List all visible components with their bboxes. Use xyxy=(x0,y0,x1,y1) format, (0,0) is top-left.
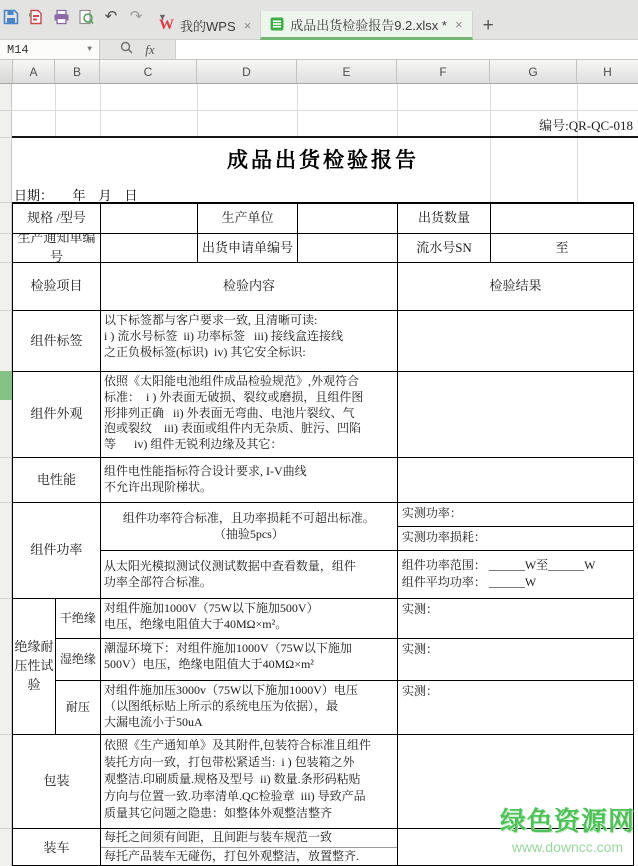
gridline xyxy=(0,457,12,458)
wps-spreadsheet-window: ↶ ↷ ▼ W 我的WPS × 成品出货检验报告9.2.xlsx * × + xyxy=(0,0,638,866)
gridline xyxy=(0,502,12,503)
formula-input[interactable] xyxy=(176,40,638,59)
gridline xyxy=(0,137,12,138)
tab-label: 成品出货检验报告9.2.xlsx * xyxy=(290,15,447,34)
save-icon xyxy=(3,9,19,25)
cell-power-range-result[interactable]: 组件功率范围： ______W至______W 组件平均功率： ______W xyxy=(398,551,633,598)
cell-loading-line1[interactable]: 每托之间须有间距，且间距与装车规范一致 xyxy=(101,829,397,848)
table-header-row: 检验项目 检验内容 检验结果 xyxy=(13,263,633,311)
gridline xyxy=(0,598,12,599)
cell-power-item[interactable]: 组件功率 xyxy=(13,503,101,598)
print-icon xyxy=(53,9,70,25)
cell-withstand-voltage-label[interactable]: 耐压 xyxy=(56,681,101,734)
cell-dry-insulation-result[interactable]: 实测： xyxy=(398,599,633,638)
report-title[interactable]: 成品出货检验报告 xyxy=(12,144,634,174)
cell-label-result[interactable] xyxy=(398,311,633,371)
formula-tools: fx xyxy=(100,40,176,59)
export-pdf-button[interactable] xyxy=(27,8,45,26)
gridline xyxy=(0,110,12,111)
cell-power-content-bottom[interactable]: 从太阳光模拟测试仪测试数据中查看数量，组件 功率全部符合标准。 xyxy=(101,551,398,598)
gridline xyxy=(0,828,12,829)
tab-my-wps[interactable]: W 我的WPS × xyxy=(150,11,260,40)
cell-measured-power-loss[interactable]: 实测功率损耗： xyxy=(398,527,633,550)
quick-access-toolbar: ↶ ↷ ▼ xyxy=(2,8,167,26)
table-row: 绝缘耐压性试验 干绝缘 对组件施加1000V（75W以下施加500V） 电压，绝… xyxy=(13,599,633,735)
tab-label: 我的WPS xyxy=(180,16,236,35)
cell-insulation-item[interactable]: 绝缘耐压性试验 xyxy=(13,599,56,734)
divider xyxy=(12,136,638,138)
cell-packing-result[interactable] xyxy=(398,735,633,828)
insert-function-button[interactable]: fx xyxy=(145,42,154,58)
search-button[interactable] xyxy=(120,41,133,59)
tab-active-document[interactable]: 成品出货检验报告9.2.xlsx * × xyxy=(260,11,472,40)
close-icon[interactable]: × xyxy=(455,17,463,32)
column-header-h[interactable]: H xyxy=(577,60,638,83)
chevron-down-icon[interactable]: ▼ xyxy=(87,45,92,54)
cell-sn-range[interactable]: 至 xyxy=(491,234,633,262)
cell-request-label[interactable]: 出货申请单编号 xyxy=(198,234,298,262)
tab-bar: ↶ ↷ ▼ W 我的WPS × 成品出货检验报告9.2.xlsx * × + xyxy=(0,0,638,40)
column-header-e[interactable]: E xyxy=(297,60,397,83)
cell-appearance-item[interactable]: 组件外观 xyxy=(13,372,101,457)
redo-icon: ↷ xyxy=(130,8,143,26)
print-preview-button[interactable] xyxy=(77,8,95,26)
undo-button[interactable]: ↶ xyxy=(102,8,120,26)
cell-electrical-result[interactable] xyxy=(398,458,633,502)
column-header-f[interactable]: F xyxy=(397,60,490,83)
cell-spec-label[interactable]: 规格 /型号 xyxy=(13,204,101,233)
sheet-area: 编号:QR-QC-018 成品出货检验报告 日期： 年 月 日 规格 /型号 生… xyxy=(0,84,638,866)
wps-logo-icon: W xyxy=(159,17,174,34)
export-pdf-icon xyxy=(28,9,44,25)
table-row: 生产通知单编号 出货申请单编号 流水号SN 至 xyxy=(13,234,633,263)
gridline xyxy=(0,262,12,263)
cell-sn-label[interactable]: 流水号SN xyxy=(398,234,491,262)
select-all-corner[interactable] xyxy=(0,60,13,83)
cell-power-content-top[interactable]: 组件功率符合标准，且功率损耗不可超出标准。 （抽验5pcs） xyxy=(101,503,398,550)
table-row: 电性能 组件电性能指标符合设计要求, I-V曲线 不允许出现阶梯状。 xyxy=(13,458,633,503)
cell-withstand-voltage-result[interactable]: 实测： xyxy=(398,681,633,734)
cell-request-value[interactable] xyxy=(298,234,398,262)
document-tabs: W 我的WPS × 成品出货检验报告9.2.xlsx * × + xyxy=(150,11,494,40)
row-header-strip[interactable] xyxy=(0,84,12,866)
close-icon[interactable]: × xyxy=(244,18,252,33)
cell-loading-line2[interactable]: 每托产品装车无碰伤，打包外观整洁，放置整齐. xyxy=(101,848,397,866)
cell-packing-content[interactable]: 依照《生产通知单》及其附件,包装符合标准且组件 装托方向一致，打包带松紧适当: … xyxy=(101,735,398,828)
search-icon xyxy=(120,41,133,54)
cell-dry-insulation-label[interactable]: 干绝缘 xyxy=(56,599,101,638)
column-header-row: A B C D E F G H xyxy=(0,60,638,84)
inspection-form-table: 规格 /型号 生产单位 出货数量 生产通知单编号 出货申请单编号 流水号SN 至… xyxy=(12,202,634,866)
cell-loading-item[interactable]: 装车 xyxy=(13,829,101,866)
cell-spec-value[interactable] xyxy=(101,204,198,233)
column-header-b[interactable]: B xyxy=(55,60,100,83)
column-header-g[interactable]: G xyxy=(490,60,577,83)
gridline xyxy=(0,202,12,203)
column-header-a[interactable]: A xyxy=(13,60,55,83)
table-row: 装车 每托之间须有间距，且间距与装车规范一致 每托产品装车无碰伤，打包外观整洁，… xyxy=(13,829,633,866)
cell-label-content[interactable]: 以下标签都与客户要求一致, 且清晰可读: i ) 流水号标签 ii) 功率标签 … xyxy=(101,311,398,371)
column-header-c[interactable]: C xyxy=(100,60,197,83)
cell-withstand-voltage-content[interactable]: 对组件施加压3000v（75W以下施加1000V）电压 （以图纸标贴上所示的系统… xyxy=(101,681,398,734)
save-button[interactable] xyxy=(2,8,20,26)
gridline xyxy=(12,110,638,111)
print-button[interactable] xyxy=(52,8,70,26)
spreadsheet-file-icon xyxy=(270,17,284,31)
formula-bar: M14 ▼ fx xyxy=(0,40,638,60)
cell-unit-value[interactable] xyxy=(298,204,398,233)
cell-doc-number[interactable]: 编号:QR-QC-018 xyxy=(539,115,633,134)
name-box[interactable]: M14 ▼ xyxy=(0,40,100,59)
cell-wet-insulation-result[interactable]: 实测： xyxy=(398,639,633,680)
undo-icon: ↶ xyxy=(105,8,118,26)
header-item[interactable]: 检验项目 xyxy=(13,263,101,310)
cell-qty-label[interactable]: 出货数量 xyxy=(398,204,491,233)
selected-row-indicator xyxy=(0,371,12,400)
cell-label-item[interactable]: 组件标签 xyxy=(13,311,101,371)
table-row: 规格 /型号 生产单位 出货数量 xyxy=(13,204,633,234)
cell-wet-insulation-content[interactable]: 潮湿环境下：对组件施加1000V（75W以下施加 500V）电压，绝缘电阻值大于… xyxy=(101,639,398,680)
cell-electrical-item[interactable]: 电性能 xyxy=(13,458,101,502)
table-row: 组件外观 依照《太阳能电池组件成品检验规范》,外观符合 标准： i ) 外表面无… xyxy=(13,372,633,458)
cell-unit-label[interactable]: 生产单位 xyxy=(198,204,298,233)
table-row: 包装 依照《生产通知单》及其附件,包装符合标准且组件 装托方向一致，打包带松紧适… xyxy=(13,735,633,829)
redo-button[interactable]: ↷ xyxy=(127,8,145,26)
header-content[interactable]: 检验内容 xyxy=(101,263,398,310)
header-result[interactable]: 检验结果 xyxy=(398,263,633,310)
cell-wet-insulation-label[interactable]: 湿绝缘 xyxy=(56,639,101,680)
cell-electrical-content[interactable]: 组件电性能指标符合设计要求, I-V曲线 不允许出现阶梯状。 xyxy=(101,458,398,502)
cell-notice-label[interactable]: 生产通知单编号 xyxy=(13,234,101,262)
table-row: 组件标签 以下标签都与客户要求一致, 且清晰可读: i ) 流水号标签 ii) … xyxy=(13,311,633,372)
table-row: 组件功率 组件功率符合标准，且功率损耗不可超出标准。 （抽验5pcs） 实测功率… xyxy=(13,503,633,599)
column-header-d[interactable]: D xyxy=(197,60,297,83)
gridline xyxy=(0,233,12,234)
print-preview-icon xyxy=(78,9,94,25)
cell-appearance-content[interactable]: 依照《太阳能电池组件成品检验规范》,外观符合 标准： i ) 外表面无破损、裂纹… xyxy=(101,372,398,457)
gridline xyxy=(0,734,12,735)
cell-notice-value[interactable] xyxy=(101,234,198,262)
cell-qty-value[interactable] xyxy=(491,204,633,233)
gridline xyxy=(0,310,12,311)
name-box-value: M14 xyxy=(7,43,29,57)
new-tab-button[interactable]: + xyxy=(483,12,494,40)
cell-dry-insulation-content[interactable]: 对组件施加1000V（75W以下施加500V） 电压，绝缘电阻值大于40MΩ×m… xyxy=(101,599,398,638)
cell-loading-result[interactable] xyxy=(398,829,633,866)
cell-measured-power[interactable]: 实测功率： xyxy=(398,503,633,527)
cell-appearance-result[interactable] xyxy=(398,372,633,457)
cell-packing-item[interactable]: 包装 xyxy=(13,735,101,828)
